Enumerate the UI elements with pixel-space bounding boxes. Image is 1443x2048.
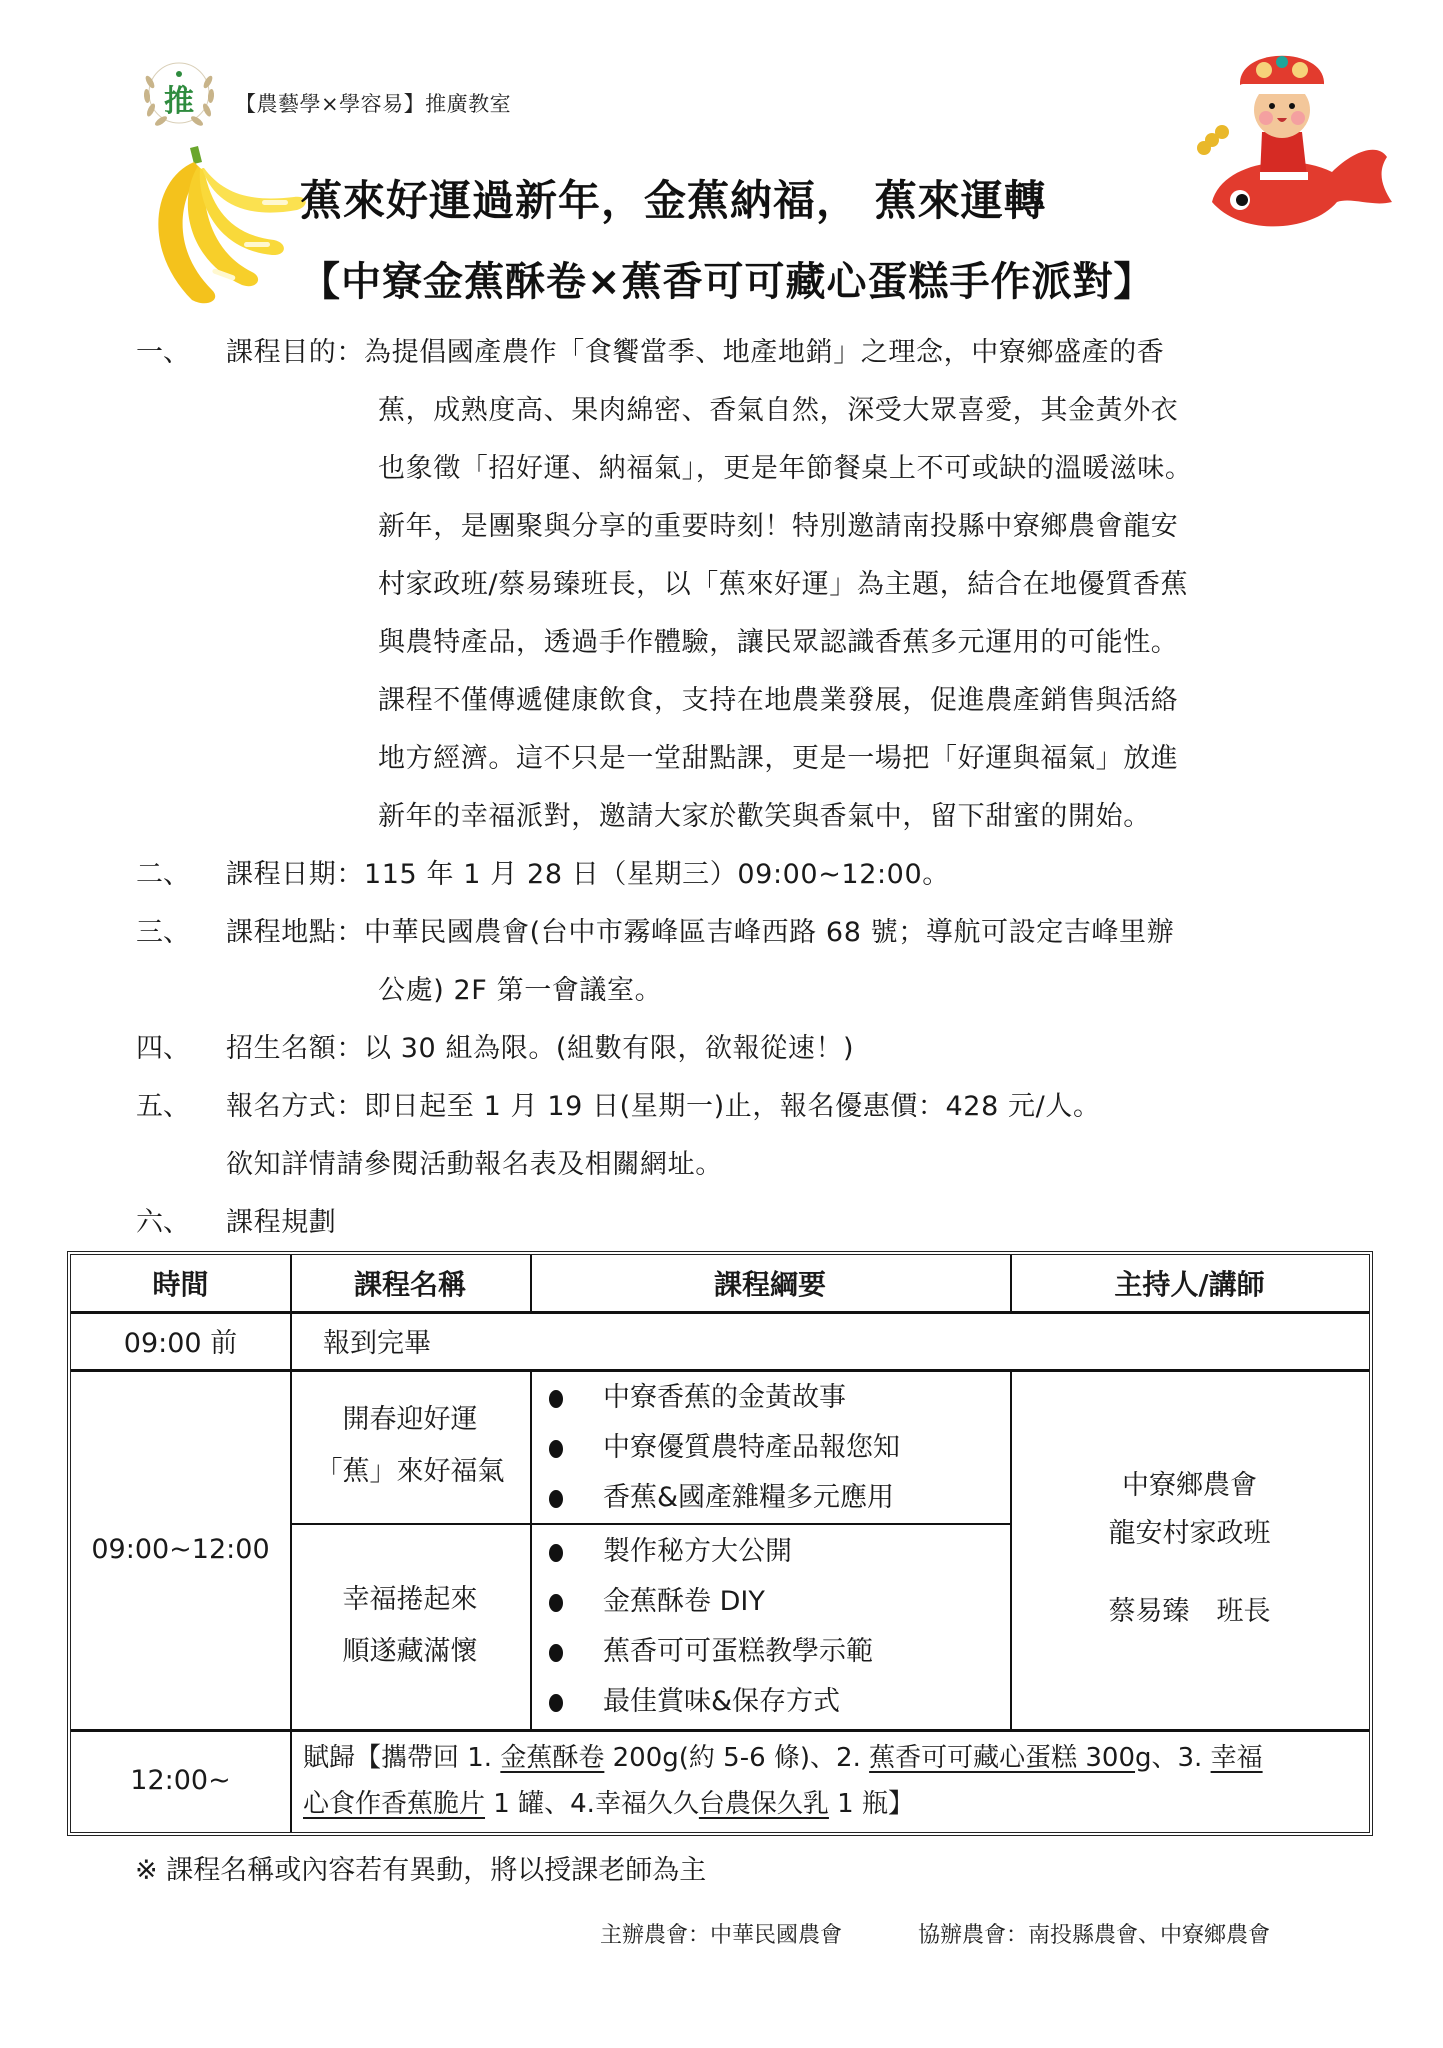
- section-number-6: 六、: [136, 1200, 190, 1239]
- header-tag: 【農藝學×學容易】推廣教室: [235, 88, 511, 118]
- section-1-line: 與農特產品，透過手作體驗，讓民眾認識香蕉多元運用的可能性。: [378, 620, 1178, 659]
- bullet-icon: [549, 1644, 563, 1662]
- outline-item: 蕉香可可蛋糕教學示範: [549, 1629, 873, 1668]
- course-date: 課程日期：115 年 1 月 28 日（星期三）09:00~12:00。: [226, 852, 950, 891]
- banana-icon: [132, 140, 312, 310]
- instructor-org: 中寮鄉農會: [1122, 1462, 1257, 1510]
- course-location: 課程地點：中華民國農會(台中市霧峰區吉峰西路 68 號；導航可設定吉峰里辦: [226, 910, 1174, 949]
- bullet-icon: [549, 1544, 563, 1562]
- outline-item: 最佳賞味&保存方式: [549, 1679, 840, 1718]
- registration-info: 欲知詳情請參閱活動報名表及相關網址。: [226, 1142, 723, 1181]
- bullet-icon: [549, 1594, 563, 1612]
- session-2-name-line2: 順遂藏滿懷: [343, 1626, 478, 1678]
- session-2-name-line1: 幸福捲起來: [343, 1574, 478, 1626]
- page-title: 蕉來好運過新年，金蕉納福， 蕉來運轉: [300, 168, 1047, 228]
- bullet-icon: [549, 1440, 563, 1458]
- session-2-name: 幸福捲起來 順遂藏滿懷: [290, 1523, 530, 1729]
- section-number-4: 四、: [136, 1026, 190, 1065]
- host-organizer: 主辦農會：中華民國農會: [600, 1918, 842, 1949]
- take-home-items: 賦歸【攜帶回 1. 金蕉酥卷 200g(約 5-6 條)、2. 蕉香可可藏心蛋糕…: [303, 1735, 1363, 1827]
- section-1-line: 課程不僅傳遞健康飲食，支持在地農業發展，促進農產銷售與活絡: [378, 678, 1178, 717]
- main-session-time: 09:00~12:00: [71, 1369, 290, 1729]
- banana-illustration: [132, 140, 312, 310]
- bullet-icon: [549, 1490, 563, 1508]
- session-1-name: 開春迎好運 「蕉」來好福氣: [290, 1369, 530, 1523]
- section-1-line: 新年，是團聚與分享的重要時刻！特別邀請南投縣中寮鄉農會龍安: [378, 504, 1178, 543]
- bullet-icon: [549, 1390, 563, 1408]
- course-plan-heading: 課程規劃: [226, 1200, 336, 1239]
- outline-item: 香蕉&國產雜糧多元應用: [549, 1475, 894, 1514]
- registration-method: 報名方式：即日起至 1 月 19 日(星期一)止，報名優惠價：428 元/人。: [226, 1084, 1101, 1123]
- instructor-group: 龍安村家政班: [1109, 1510, 1271, 1558]
- outline-item: 中寮香蕉的金黃故事: [549, 1375, 846, 1414]
- co-organizer: 協辦農會：南投縣農會、中寮鄉農會: [918, 1918, 1270, 1949]
- section-1-line: 也象徵「招好運、納福氣」，更是年節餐桌上不可或缺的溫暖滋味。: [378, 446, 1193, 485]
- table-header-time: 時間: [71, 1255, 290, 1311]
- section-number-1: 一、: [136, 330, 190, 369]
- section-1-line: 課程目的：為提倡國產農作「食饗當季、地產地銷」之理念，中寮鄉盛產的香: [226, 330, 1164, 369]
- checkin-time: 09:00 前: [71, 1311, 290, 1369]
- farmers-association-logo: 推: [138, 52, 220, 134]
- table-divider: [530, 1369, 532, 1729]
- end-time: 12:00~: [71, 1729, 290, 1832]
- table-header-course-name: 課程名稱: [290, 1255, 530, 1311]
- enrollment-quota: 招生名額：以 30 組為限。(組數有限，欲報從速！): [226, 1026, 854, 1065]
- course-location-cont: 公處) 2F 第一會議室。: [378, 968, 662, 1007]
- table-header-outline: 課程綱要: [530, 1255, 1010, 1311]
- lion-dance-mascot-icon: [1182, 32, 1402, 262]
- session-1-name-line1: 開春迎好運: [343, 1394, 478, 1446]
- instructor-cell: 中寮鄉農會 龍安村家政班 蔡易臻 班長: [1010, 1369, 1369, 1729]
- section-1-line: 村家政班/蔡易臻班長，以「蕉來好運」為主題，結合在地優質香蕉: [378, 562, 1188, 601]
- section-number-2: 二、: [136, 852, 190, 891]
- section-1-line: 地方經濟。這不只是一堂甜點課，更是一場把「好運與福氣」放進: [378, 736, 1178, 775]
- page-subtitle: 【中寮金蕉酥卷×蕉香可可藏心蛋糕手作派對】: [300, 250, 1155, 307]
- outline-item: 中寮優質農特產品報您知: [549, 1425, 900, 1464]
- logo-glyph: 推: [164, 76, 194, 120]
- change-notice: ※ 課程名稱或內容若有異動，將以授課老師為主: [135, 1848, 706, 1887]
- table-header-instructor: 主持人/講師: [1010, 1255, 1369, 1311]
- section-1-line: 蕉，成熟度高、果肉綿密、香氣自然，深受大眾喜愛，其金黃外衣: [378, 388, 1178, 427]
- outline-item: 金蕉酥卷 DIY: [549, 1579, 765, 1618]
- section-number-5: 五、: [136, 1084, 190, 1123]
- section-number-3: 三、: [136, 910, 190, 949]
- instructor-name: 蔡易臻 班長: [1109, 1588, 1271, 1636]
- section-1-line: 新年的幸福派對，邀請大家於歡笑與香氣中，留下甜蜜的開始。: [378, 794, 1151, 833]
- schedule-table: 時間 課程名稱 課程綱要 主持人/講師 09:00 前 報到完畢 09:00~1…: [67, 1251, 1373, 1836]
- mascot-illustration: [1182, 32, 1402, 262]
- checkin-label: 報到完畢: [323, 1311, 431, 1369]
- bullet-icon: [549, 1694, 563, 1712]
- outline-item: 製作秘方大公開: [549, 1529, 792, 1568]
- session-1-name-line2: 「蕉」來好福氣: [316, 1446, 505, 1498]
